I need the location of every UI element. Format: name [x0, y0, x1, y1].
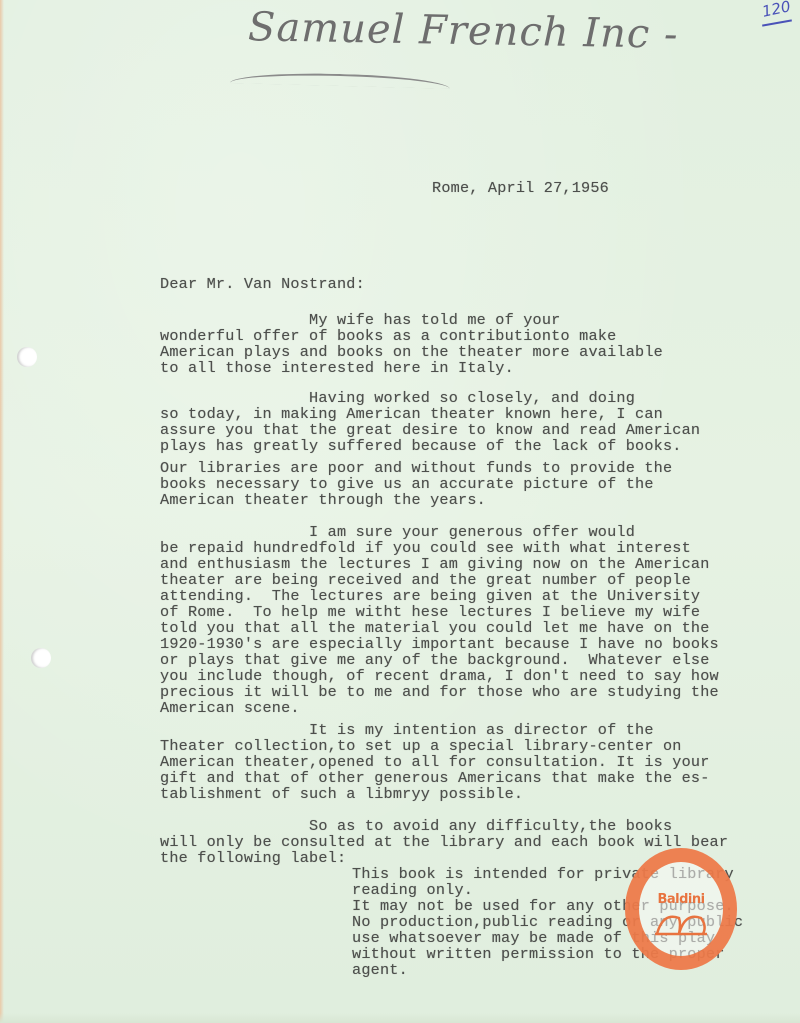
paragraph-line: 1920-1930's are especially important bec… [160, 636, 719, 652]
handwritten-header: Samuel French Inc - [248, 4, 679, 58]
paragraph-line: you include though, of recent drama, I d… [160, 668, 719, 684]
paragraph-line: plays has greatly suffered because of th… [160, 438, 682, 454]
paragraph-line: American scene. [160, 700, 300, 716]
paragraph-line: be repaid hundredfold if you could see w… [160, 540, 691, 556]
paragraph-line: or plays that give me any of the backgro… [160, 652, 710, 668]
punch-hole-bottom [31, 648, 51, 668]
paragraph-line: American theater through the years. [160, 492, 486, 508]
paragraph-line: American theater,opened to all for consu… [160, 754, 710, 770]
paragraph-line: of Rome. To help me witht hese lectures … [160, 604, 700, 620]
punch-hole-top [17, 347, 37, 367]
paragraph-line: will only be consulted at the library an… [160, 834, 728, 850]
label-line: agent. [352, 962, 408, 978]
page-number-underline [762, 19, 792, 26]
paragraph-line: tablishment of such a libmryy possible. [160, 786, 523, 802]
paragraph-line: Theater collection,to set up a special l… [160, 738, 682, 754]
stamp-label: Baldini [639, 892, 723, 907]
salutation: Dear Mr. Van Nostrand: [160, 276, 365, 292]
paragraph-line: gift and that of other generous American… [160, 770, 710, 786]
paragraph-line: and enthusiasm the lectures I am giving … [160, 556, 710, 572]
paper-left-edge [0, 0, 4, 1023]
paragraph-line: Our libraries are poor and without funds… [160, 460, 672, 476]
label-line: reading only. [352, 882, 473, 898]
paragraph-line: to all those interested here in Italy. [160, 360, 514, 376]
library-stamp: Baldini [625, 848, 737, 970]
paragraph-line: precious it will be to me and for those … [160, 684, 719, 700]
handwritten-underline [230, 71, 450, 89]
stamp-b-logo-icon [653, 910, 709, 936]
paragraph-line: wonderful offer of books as a contributi… [160, 328, 616, 344]
paragraph-line: the following label: [160, 850, 346, 866]
paragraph-line: I am sure your generous offer would [160, 524, 635, 540]
paragraph-line: My wife has told me of your [160, 312, 561, 328]
letter-page: Samuel French Inc - 120 Rome, April 27,1… [0, 0, 800, 1023]
paragraph-line: so today, in making American theater kno… [160, 406, 663, 422]
dateline: Rome, April 27,1956 [432, 180, 609, 196]
page-number: 120 [760, 0, 792, 21]
paragraph-line: American plays and books on the theater … [160, 344, 663, 360]
paragraph-line: assure you that the great desire to know… [160, 422, 700, 438]
paper-bottom-edge [0, 1013, 800, 1023]
paragraph-line: Having worked so closely, and doing [160, 390, 635, 406]
paragraph-line: So as to avoid any difficulty,the books [160, 818, 672, 834]
paragraph-line: theater are being received and the great… [160, 572, 691, 588]
paragraph-line: books necessary to give us an accurate p… [160, 476, 654, 492]
paragraph-line: It is my intention as director of the [160, 722, 654, 738]
paragraph-line: attending. The lectures are being given … [160, 588, 700, 604]
paragraph-line: told you that all the material you could… [160, 620, 710, 636]
